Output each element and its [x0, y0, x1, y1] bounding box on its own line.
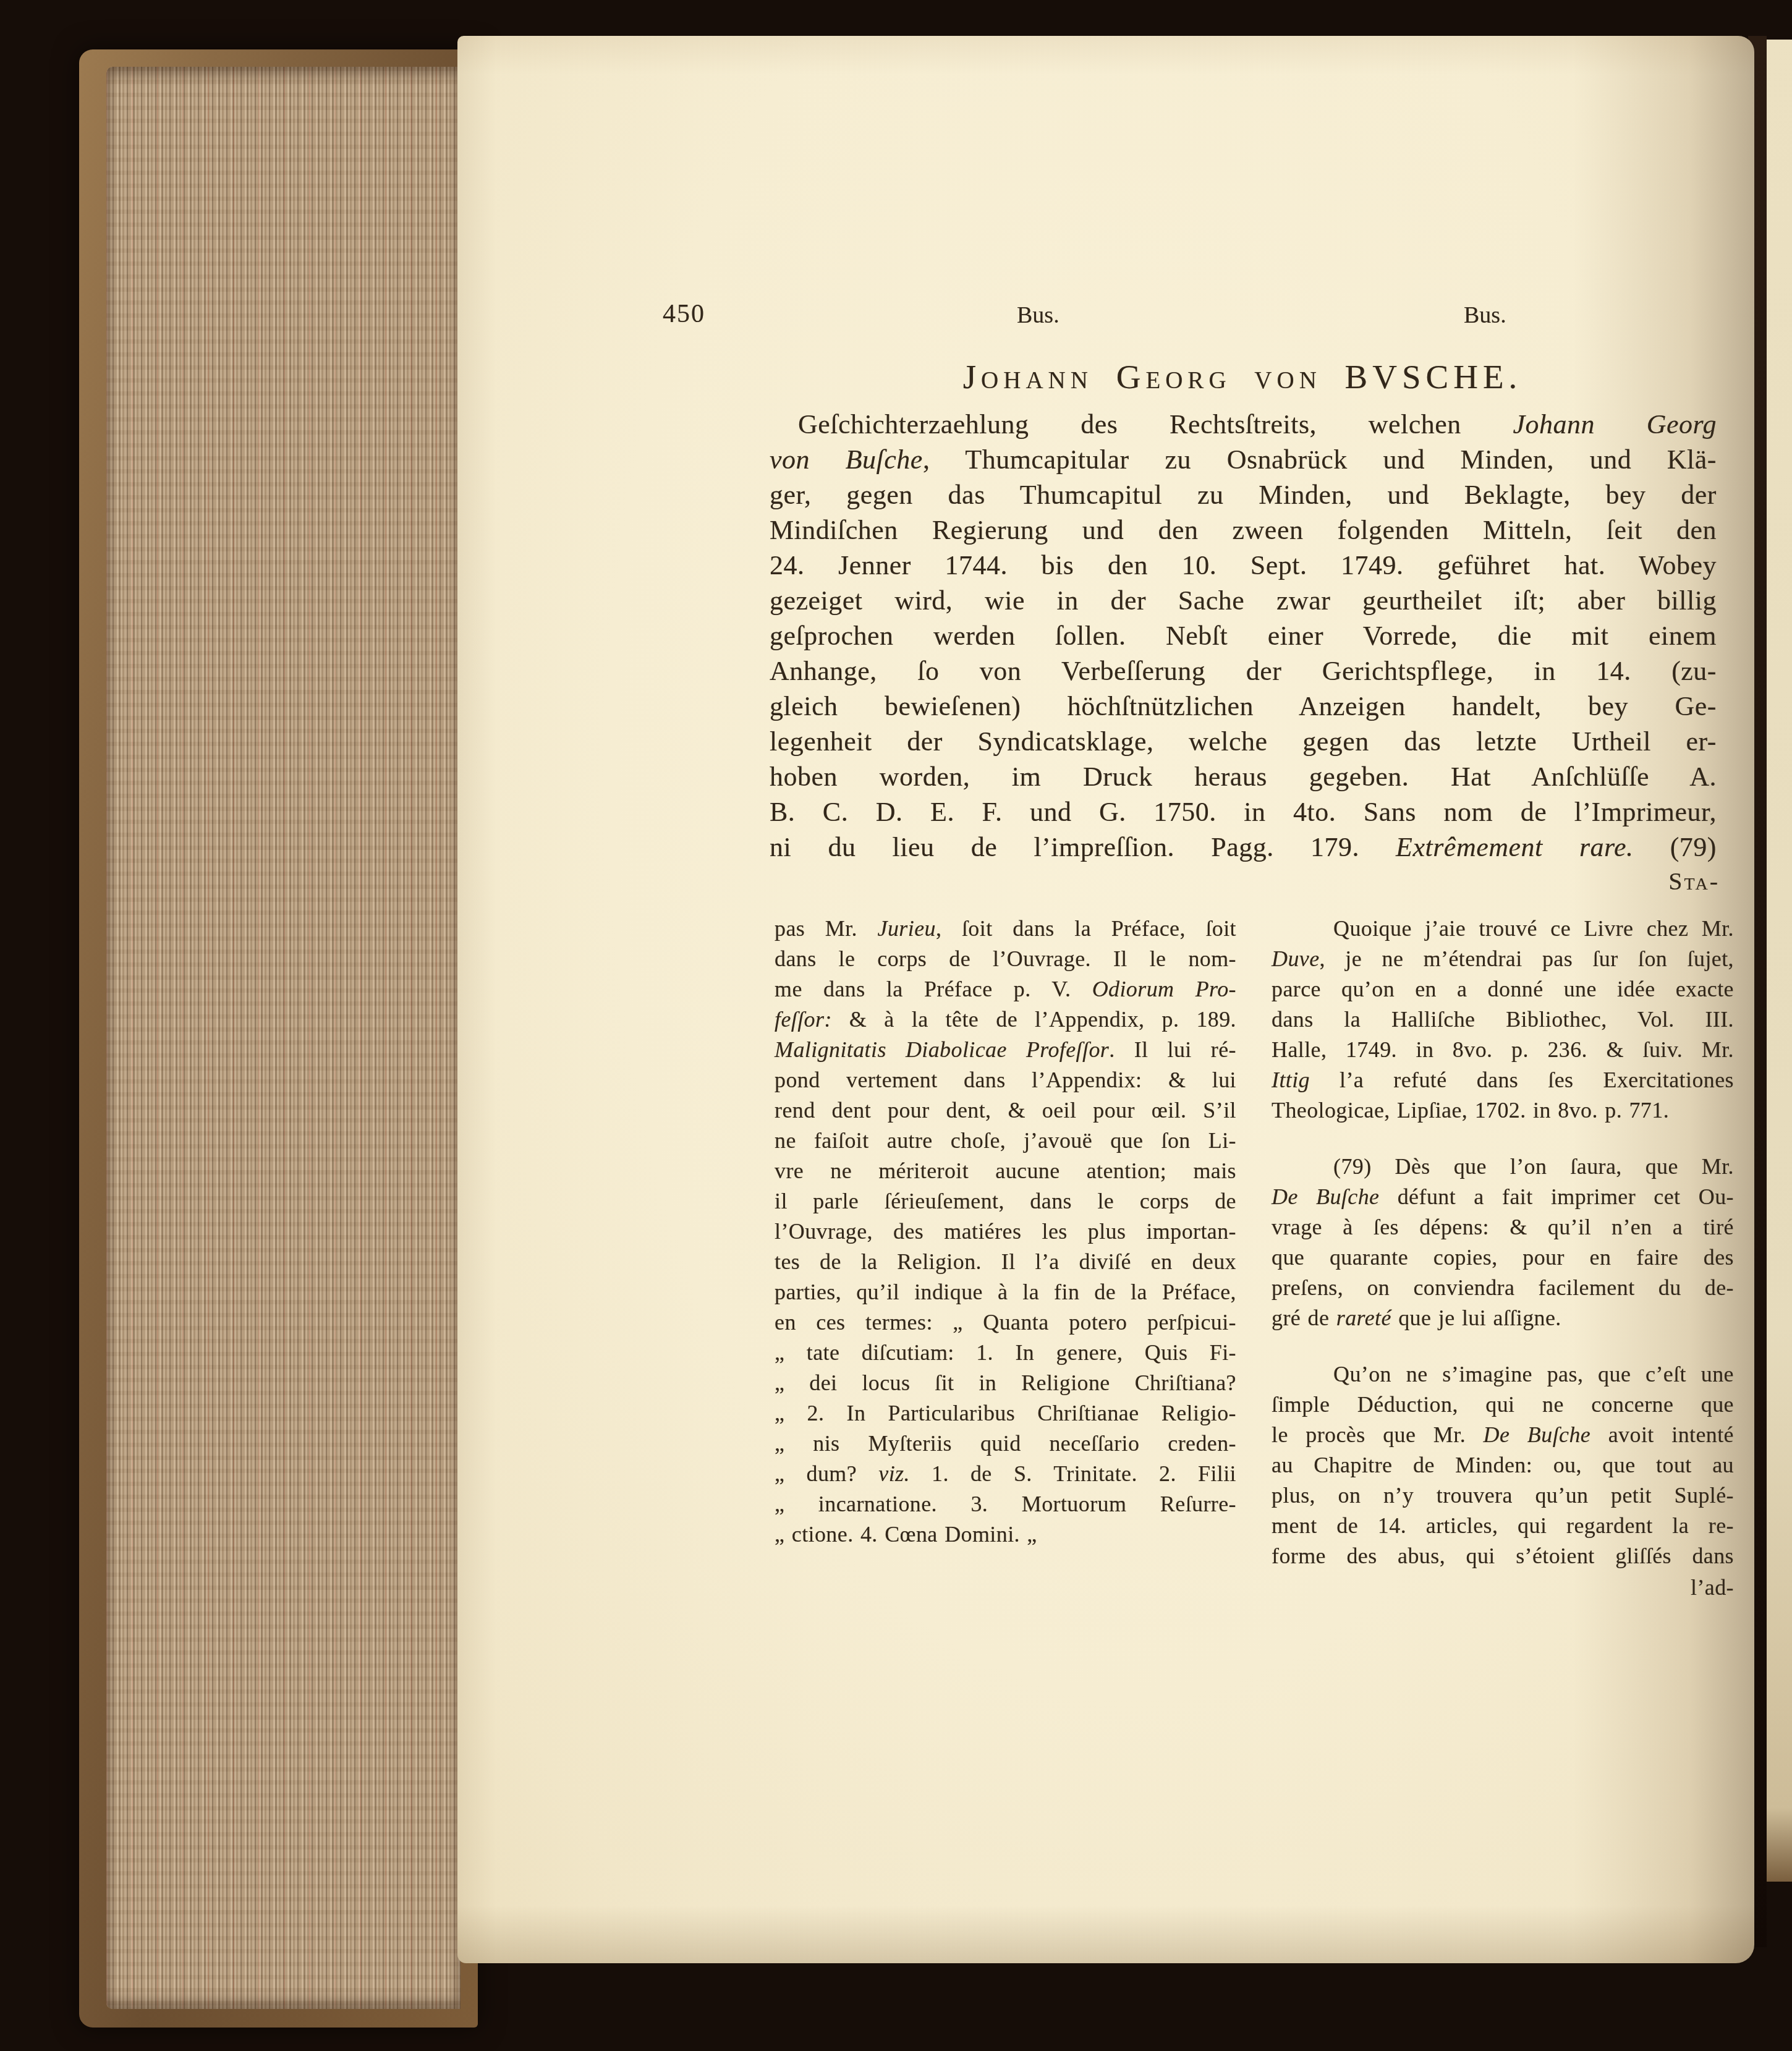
- book-scan: 450 Bus. Bus. Johann Georg von BVSCHE. G…: [0, 0, 1792, 2051]
- next-page-edge: [1765, 40, 1792, 1882]
- footnote-column-right: Quoique j’aie trouvé ce Livre chez Mr.Du…: [1272, 914, 1734, 1603]
- page-number: 450: [663, 299, 705, 329]
- entry-title: Johann Georg von BVSCHE.: [770, 357, 1715, 396]
- running-header-right: Bus.: [1464, 302, 1506, 329]
- running-header-left: Bus.: [1017, 302, 1059, 329]
- catchword-bottom: l’ad-: [1272, 1573, 1734, 1603]
- footnote-right-paragraphs: Quoique j’aie trouvé ce Livre chez Mr.Du…: [1272, 914, 1734, 1571]
- book-page: 450 Bus. Bus. Johann Georg von BVSCHE. G…: [457, 36, 1754, 1963]
- catchword-sta: Sta-: [1626, 867, 1720, 896]
- entry-paragraph: Geſchichterzaehlung des Rechtsſtreits, w…: [770, 407, 1717, 865]
- page-block-fore-edge: [106, 67, 461, 2009]
- footnote-column-left: pas Mr. Jurieu, ſoit dans la Préface, ſo…: [775, 914, 1236, 1550]
